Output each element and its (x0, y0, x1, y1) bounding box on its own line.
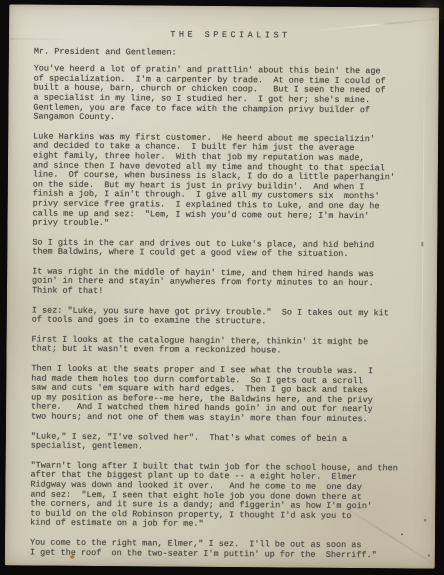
paragraph-6: First I looks at the catalogue hangin' t… (31, 335, 424, 357)
paragraph-10: You come to the right man, Elmer," I sez… (30, 538, 423, 560)
paragraph-3: So I gits in the car and drives out to L… (32, 238, 425, 260)
typewritten-text-block: THE SPECIALIST Mr. President and Gentlem… (5, 4, 439, 568)
paragraph-4: It was right in the middle of hayin' tim… (32, 267, 425, 299)
paragraph-7: Then I looks at the seats proper and I s… (31, 365, 424, 426)
document-title: THE SPECIALIST (34, 30, 427, 43)
paragraph-2: Luke Harkins was my first customer. He h… (32, 132, 426, 231)
paragraph-9: "Twarn't long after I built that twin jo… (30, 461, 424, 531)
document-page: THE SPECIALIST Mr. President and Gentlem… (5, 4, 439, 568)
photo-background: THE SPECIALIST Mr. President and Gentlem… (0, 0, 444, 575)
paragraph-5: I sez: "Luke, you sure have got privy tr… (32, 306, 425, 328)
salutation: Mr. President and Gentlemen: (34, 47, 427, 60)
paragraph-1: You've heerd a lot of pratin' and prattl… (33, 65, 426, 126)
paragraph-8: "Luke," I sez, "I've solved her". That's… (31, 432, 424, 454)
